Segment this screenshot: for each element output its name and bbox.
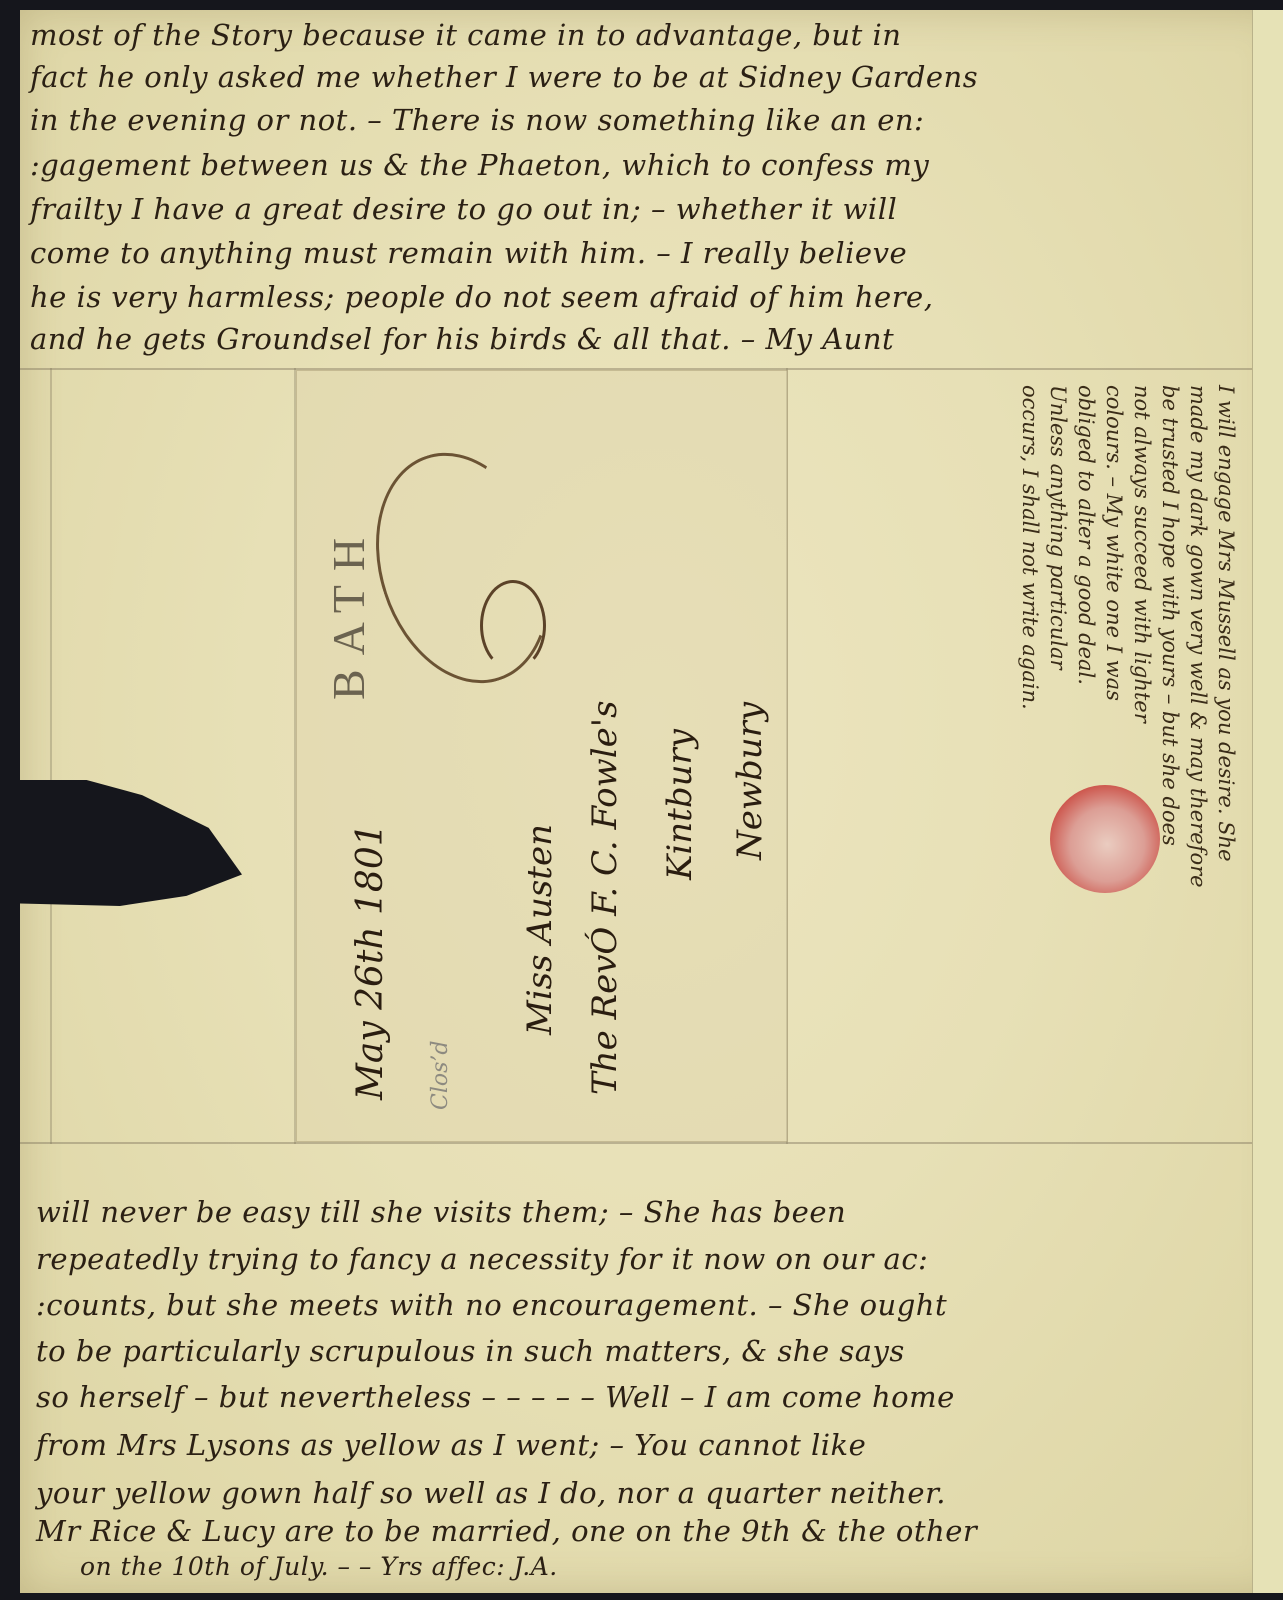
signoff-line: on the 10th of July. – – Yrs affec: J.A. bbox=[80, 1552, 558, 1581]
text-line: I will engage Mrs Mussell as you desire.… bbox=[1214, 385, 1238, 862]
wax-seal bbox=[1050, 785, 1160, 893]
text-line: frailty I have a great desire to go out … bbox=[30, 192, 897, 226]
text-line: :counts, but she meets with no encourage… bbox=[36, 1288, 947, 1322]
text-line: come to anything must remain with him. –… bbox=[30, 236, 907, 270]
text-line: and he gets Groundsel for his birds & al… bbox=[30, 322, 894, 356]
docket-date: May 26th 1801 bbox=[350, 823, 391, 1100]
text-line: your yellow gown half so well as I do, n… bbox=[36, 1476, 946, 1510]
fold-line-edge bbox=[50, 368, 52, 1144]
text-line: not always succeed with lighter bbox=[1130, 385, 1154, 723]
text-line: repeatedly trying to fancy a necessity f… bbox=[36, 1242, 928, 1276]
text-line: will never be easy till she visits them;… bbox=[36, 1195, 846, 1229]
text-line: occurs, I shall not write again. bbox=[1018, 385, 1042, 710]
text-line: Unless anything particular bbox=[1046, 385, 1070, 670]
text-line: fact he only asked me whether I were to … bbox=[30, 60, 978, 94]
recipient-line: The RevÓ F. C. Fowle's bbox=[585, 700, 625, 1095]
text-line: :gagement between us & the Phaeton, whic… bbox=[30, 148, 929, 182]
text-line: in the evening or not. – There is now so… bbox=[30, 103, 924, 137]
text-line: obliged to alter a good deal. bbox=[1074, 385, 1098, 685]
faint-annotation: Clos’d bbox=[428, 1041, 453, 1110]
text-line: most of the Story because it came in to … bbox=[30, 18, 901, 52]
recipient-line: Kintbury bbox=[660, 729, 700, 880]
text-line: be trusted I hope with yours – but she d… bbox=[1158, 385, 1182, 846]
right-page-edge bbox=[1252, 10, 1283, 1593]
recipient-line: Miss Austen bbox=[520, 824, 560, 1035]
text-line: so herself – but nevertheless – – – – – … bbox=[36, 1380, 955, 1414]
text-line: he is very harmless; people do not seem … bbox=[30, 280, 933, 314]
postmark-bath: BATH bbox=[322, 524, 375, 700]
text-line: made my dark gown very well & may theref… bbox=[1186, 385, 1210, 888]
text-line: Mr Rice & Lucy are to be married, one on… bbox=[36, 1514, 977, 1548]
fold-line-bottom bbox=[20, 1142, 1252, 1144]
address-flourish-inner bbox=[480, 580, 546, 671]
text-line: to be particularly scrupulous in such ma… bbox=[36, 1334, 905, 1368]
text-line: colours. – My white one I was bbox=[1102, 385, 1126, 701]
recipient-line: Newbury bbox=[730, 702, 770, 860]
text-line: from Mrs Lysons as yellow as I went; – Y… bbox=[36, 1428, 866, 1462]
